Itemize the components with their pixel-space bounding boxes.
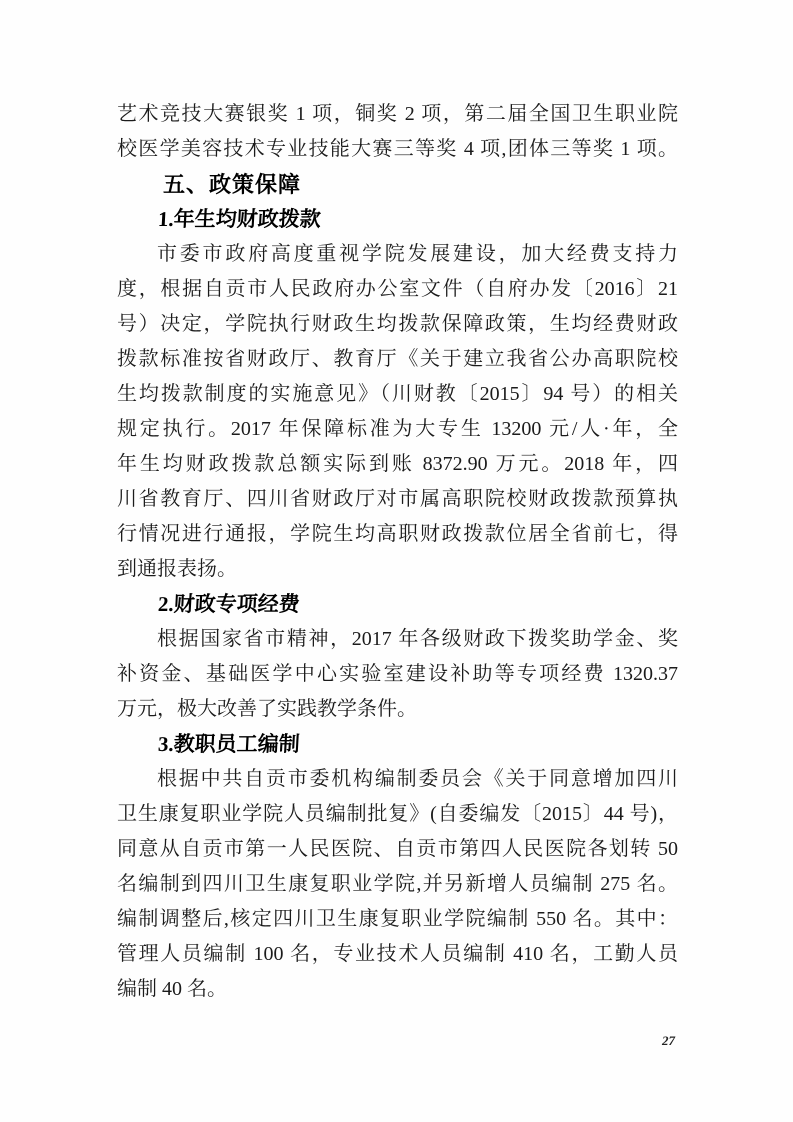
body-text-line: 生均拨款制度的实施意见》（川财教〔2015〕94 号）的相关 xyxy=(117,377,678,412)
body-text-line: 市委市政府高度重视学院发展建设，加大经费支持力 xyxy=(117,237,678,272)
body-text-line: 补资金、基础医学中心实验室建设补助等专项经费 1320.37 xyxy=(117,657,678,692)
body-text-line: 卫生康复职业学院人员编制批复》(自委编发〔2015〕44 号)， xyxy=(117,797,678,832)
body-text-line: 校医学美容技术专业技能大赛三等奖 4 项,团体三等奖 1 项。 xyxy=(117,132,678,167)
subsection-heading-3: 3.教职员工编制 xyxy=(116,727,679,762)
section-heading: 五、政策保障 xyxy=(117,167,678,202)
document-page: 艺术竞技大赛银奖 1 项，铜奖 2 项，第二届全国卫生职业院 校医学美容技术专业… xyxy=(0,0,793,1122)
body-text-line: 到通报表扬。 xyxy=(117,552,678,587)
page-body-text: 艺术竞技大赛银奖 1 项，铜奖 2 项，第二届全国卫生职业院 校医学美容技术专业… xyxy=(117,97,678,1007)
subsection-heading-2: 2.财政专项经费 xyxy=(116,587,679,622)
body-text-line: 编制 40 名。 xyxy=(117,972,678,1007)
body-text-line: 规定执行。2017 年保障标准为大专生 13200 元/人·年，全 xyxy=(117,412,678,447)
body-text-line: 度，根据自贡市人民政府办公室文件（自府办发〔2016〕21 xyxy=(117,272,678,307)
body-text-line: 川省教育厅、四川省财政厅对市属高职院校财政拨款预算执 xyxy=(117,482,678,517)
body-text-line: 艺术竞技大赛银奖 1 项，铜奖 2 项，第二届全国卫生职业院 xyxy=(117,97,678,132)
page-number: 27 xyxy=(662,1033,675,1049)
body-text-line: 根据国家省市精神，2017 年各级财政下拨奖助学金、奖 xyxy=(117,622,678,657)
body-text-line: 行情况进行通报，学院生均高职财政拨款位居全省前七，得 xyxy=(117,517,678,552)
body-text-line: 根据中共自贡市委机构编制委员会《关于同意增加四川 xyxy=(117,762,678,797)
body-text-line: 管理人员编制 100 名，专业技术人员编制 410 名，工勤人员 xyxy=(117,937,678,972)
body-text-line: 同意从自贡市第一人民医院、自贡市第四人民医院各划转 50 xyxy=(117,832,678,867)
body-text-line: 拨款标准按省财政厅、教育厅《关于建立我省公办高职院校 xyxy=(117,342,678,377)
subsection-heading-1: 1.年生均财政拨款 xyxy=(116,202,679,237)
body-text-line: 年生均财政拨款总额实际到账 8372.90 万元。2018 年，四 xyxy=(117,447,678,482)
body-text-line: 号）决定，学院执行财政生均拨款保障政策，生均经费财政 xyxy=(117,307,678,342)
body-text-line: 编制调整后,核定四川卫生康复职业学院编制 550 名。其中： xyxy=(117,902,678,937)
body-text-line: 名编制到四川卫生康复职业学院,并另新增人员编制 275 名。 xyxy=(117,867,678,902)
body-text-line: 万元，极大改善了实践教学条件。 xyxy=(117,692,678,727)
